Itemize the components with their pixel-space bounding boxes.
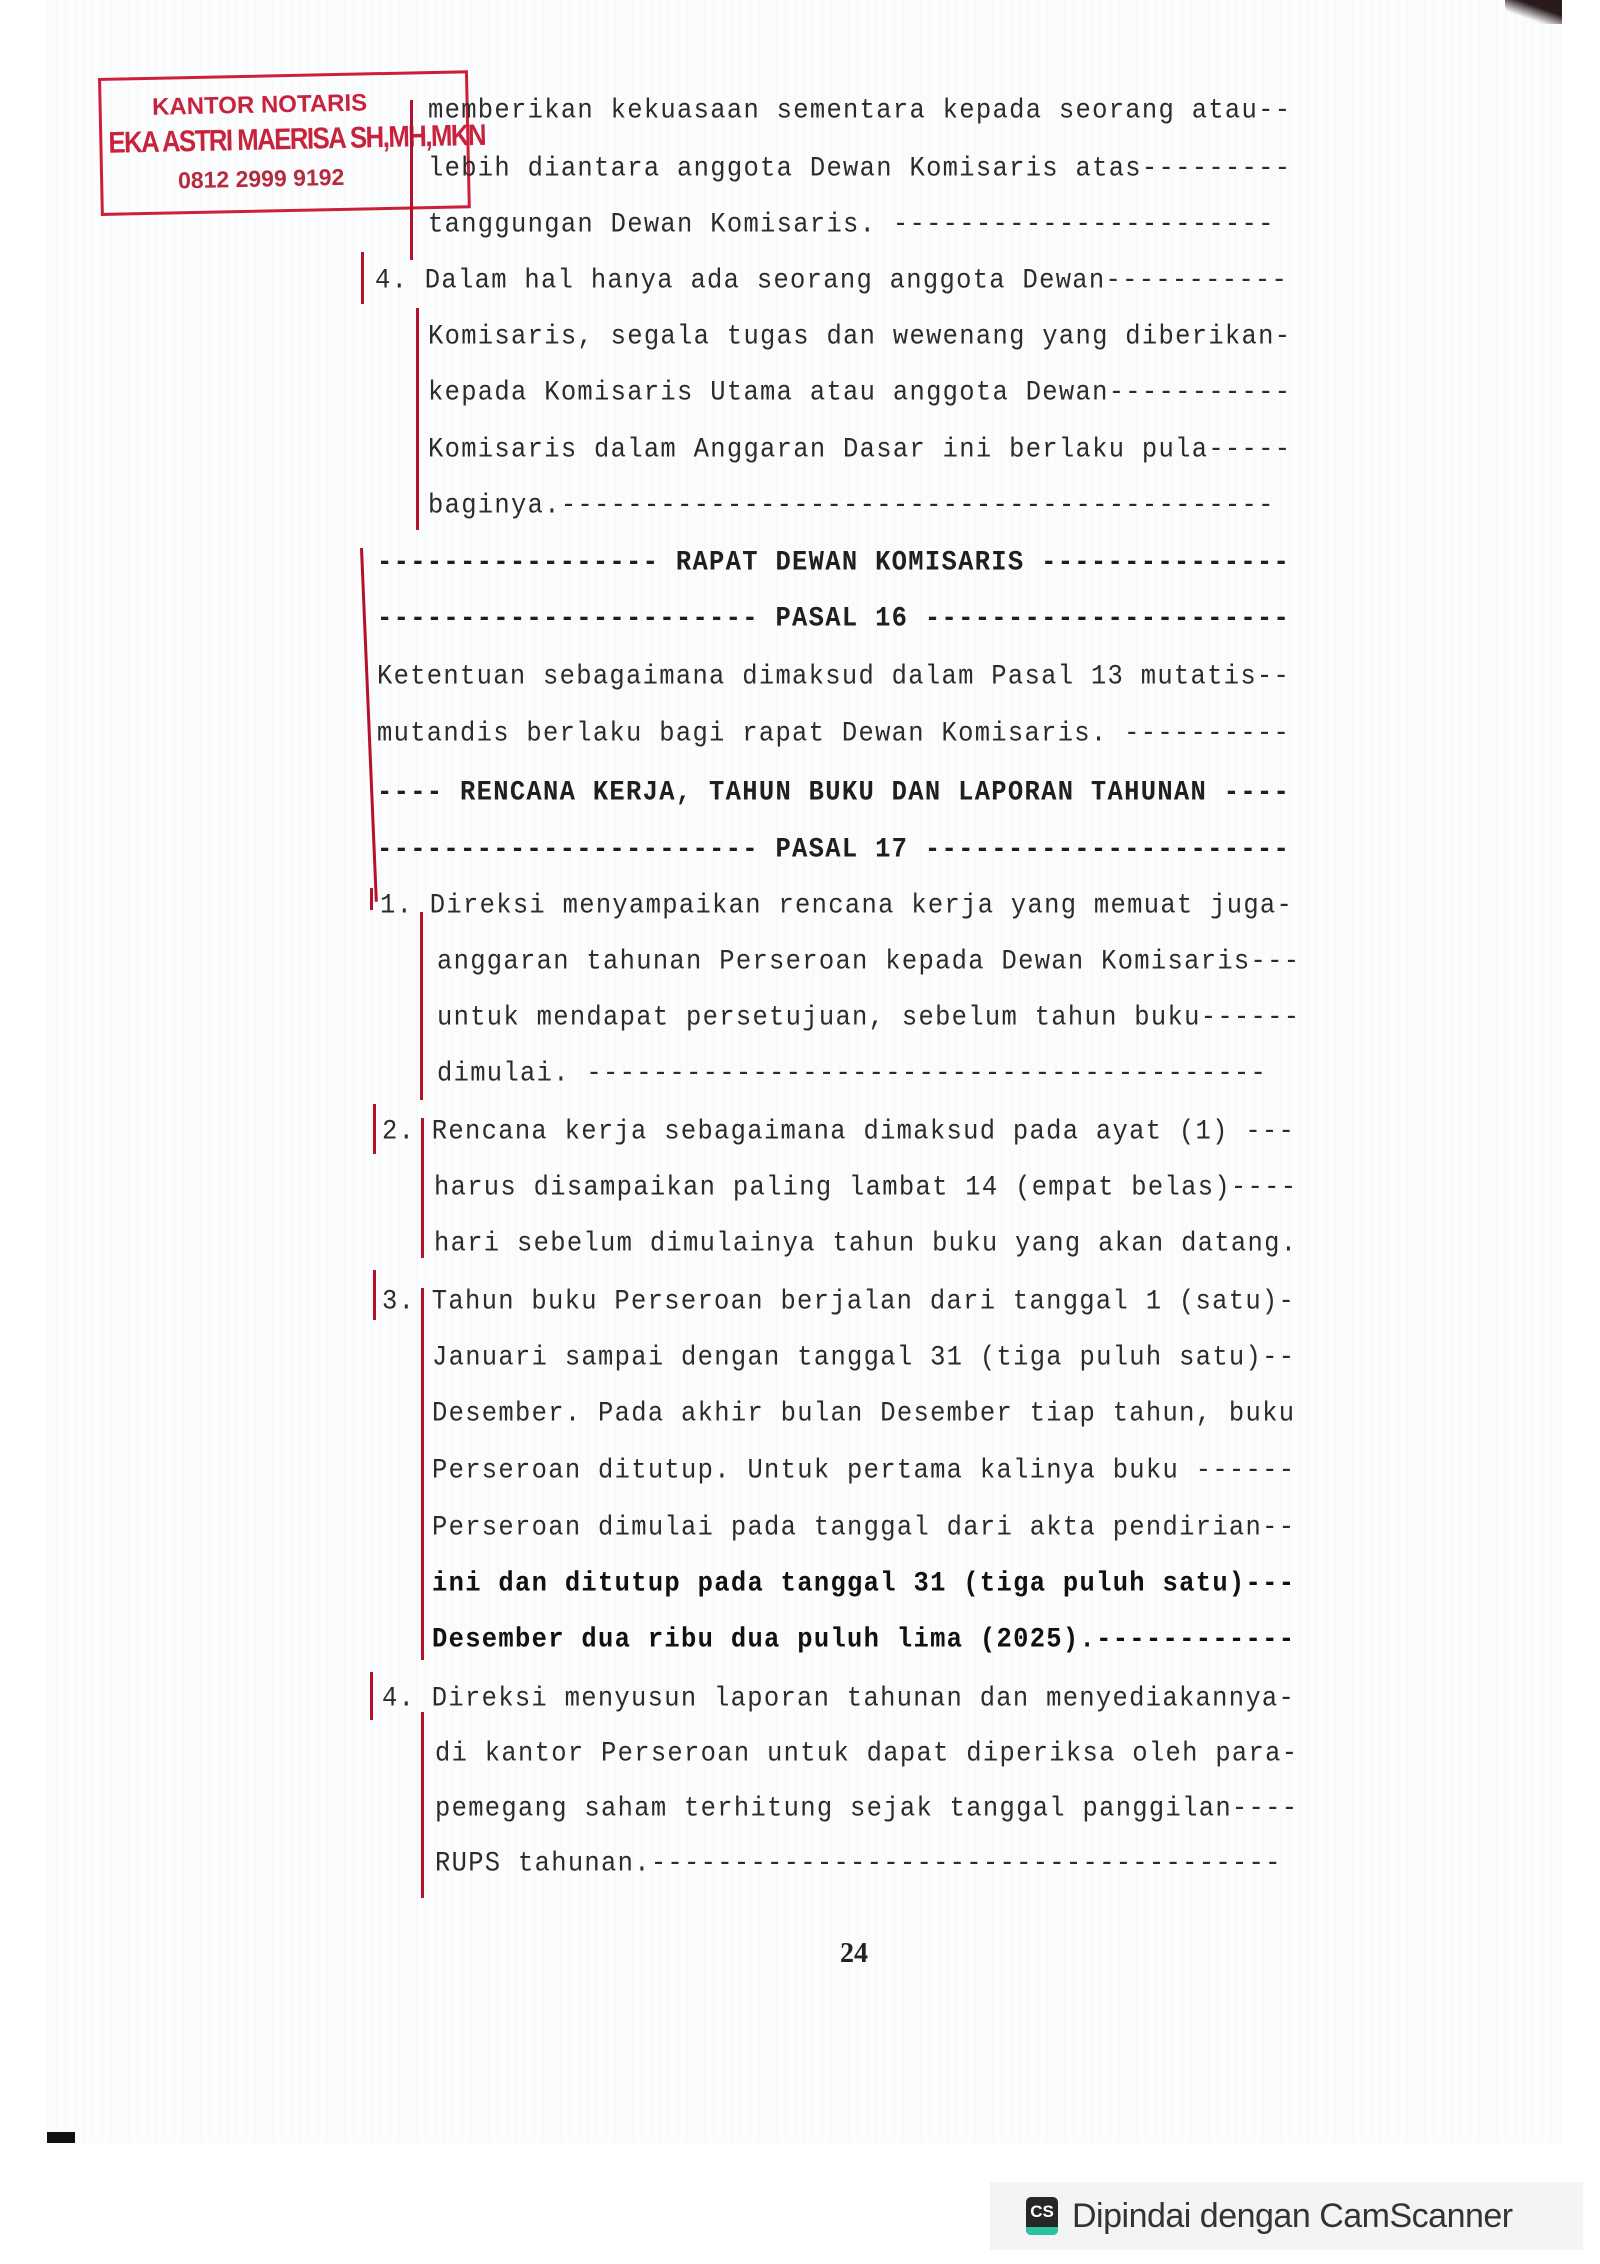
margin-line — [416, 308, 419, 530]
notary-stamp: KANTOR NOTARIS EKA ASTRI MAERISA SH,MH,M… — [98, 70, 471, 216]
text-line: Desember. Pada akhir bulan Desember tiap… — [432, 1398, 1295, 1430]
text-line: Komisaris dalam Anggaran Dasar ini berla… — [428, 434, 1291, 466]
margin-line — [361, 252, 364, 304]
text-line: baginya.--------------------------------… — [428, 490, 1275, 522]
text-line: untuk mendapat persetujuan, sebelum tahu… — [437, 1002, 1300, 1034]
margin-line — [410, 100, 413, 260]
text-line: Perseroan ditutup. Untuk pertama kalinya… — [432, 1455, 1295, 1487]
text-line: 4. Dalam hal hanya ada seorang anggota D… — [375, 265, 1288, 297]
text-line: 1. Direksi menyampaikan rencana kerja ya… — [380, 890, 1293, 922]
margin-line — [421, 1712, 424, 1898]
text-line: di kantor Perseroan untuk dapat diperiks… — [435, 1738, 1298, 1770]
section-heading: ----------------- RAPAT DEWAN KOMISARIS … — [377, 547, 1290, 579]
stamp-office: KANTOR NOTARIS — [101, 88, 418, 123]
text-line: lebih diantara anggota Dewan Komisaris a… — [428, 153, 1291, 185]
page-number: 24 — [840, 1938, 868, 1970]
margin-line — [420, 912, 423, 1100]
text-line: RUPS tahunan.---------------------------… — [435, 1848, 1282, 1880]
scan-edge-mark — [47, 2132, 75, 2143]
text-line: Ketentuan sebagaimana dimaksud dalam Pas… — [377, 661, 1290, 693]
text-line: pemegang saham terhitung sejak tanggal p… — [435, 1793, 1298, 1825]
stamp-phone: 0812 2999 9192 — [103, 162, 419, 196]
text-line: Perseroan dimulai pada tanggal dari akta… — [432, 1512, 1295, 1544]
camscanner-watermark: CS Dipindai dengan CamScanner — [990, 2182, 1583, 2250]
article-heading: ----------------------- PASAL 16 -------… — [377, 603, 1290, 635]
margin-line — [421, 1288, 424, 1660]
camscanner-logo-icon: CS — [1026, 2197, 1058, 2235]
watermark-text: Dipindai dengan CamScanner — [1072, 2197, 1513, 2236]
text-line: Januari sampai dengan tanggal 31 (tiga p… — [432, 1342, 1295, 1374]
text-line: hari sebelum dimulainya tahun buku yang … — [434, 1228, 1297, 1260]
text-line: ini dan ditutup pada tanggal 31 (tiga pu… — [432, 1568, 1295, 1600]
margin-line — [373, 1104, 376, 1154]
margin-line — [370, 1672, 373, 1720]
text-line: 2. Rencana kerja sebagaimana dimaksud pa… — [382, 1116, 1295, 1148]
article-heading: ----------------------- PASAL 17 -------… — [377, 834, 1290, 866]
stamp-name: EKA ASTRI MAERISA SH,MH,MKN — [108, 120, 417, 160]
text-line: tanggungan Dewan Komisaris. ------------… — [428, 209, 1275, 241]
section-heading: ---- RENCANA KERJA, TAHUN BUKU DAN LAPOR… — [377, 777, 1290, 809]
text-line: 3. Tahun buku Perseroan berjalan dari ta… — [382, 1286, 1295, 1318]
text-line: Desember dua ribu dua puluh lima (2025).… — [432, 1624, 1295, 1656]
margin-line — [370, 888, 373, 910]
text-line: kepada Komisaris Utama atau anggota Dewa… — [428, 377, 1291, 409]
text-line: memberikan kekuasaan sementara kepada se… — [428, 95, 1291, 127]
margin-line — [373, 1270, 376, 1320]
text-line: anggaran tahunan Perseroan kepada Dewan … — [437, 946, 1300, 978]
text-line: 4. Direksi menyusun laporan tahunan dan … — [382, 1683, 1295, 1715]
text-line: harus disampaikan paling lambat 14 (empa… — [434, 1172, 1297, 1204]
text-line: dimulai. -------------------------------… — [437, 1058, 1267, 1090]
text-line: mutandis berlaku bagi rapat Dewan Komisa… — [377, 718, 1290, 750]
text-line: Komisaris, segala tugas dan wewenang yan… — [428, 321, 1291, 353]
